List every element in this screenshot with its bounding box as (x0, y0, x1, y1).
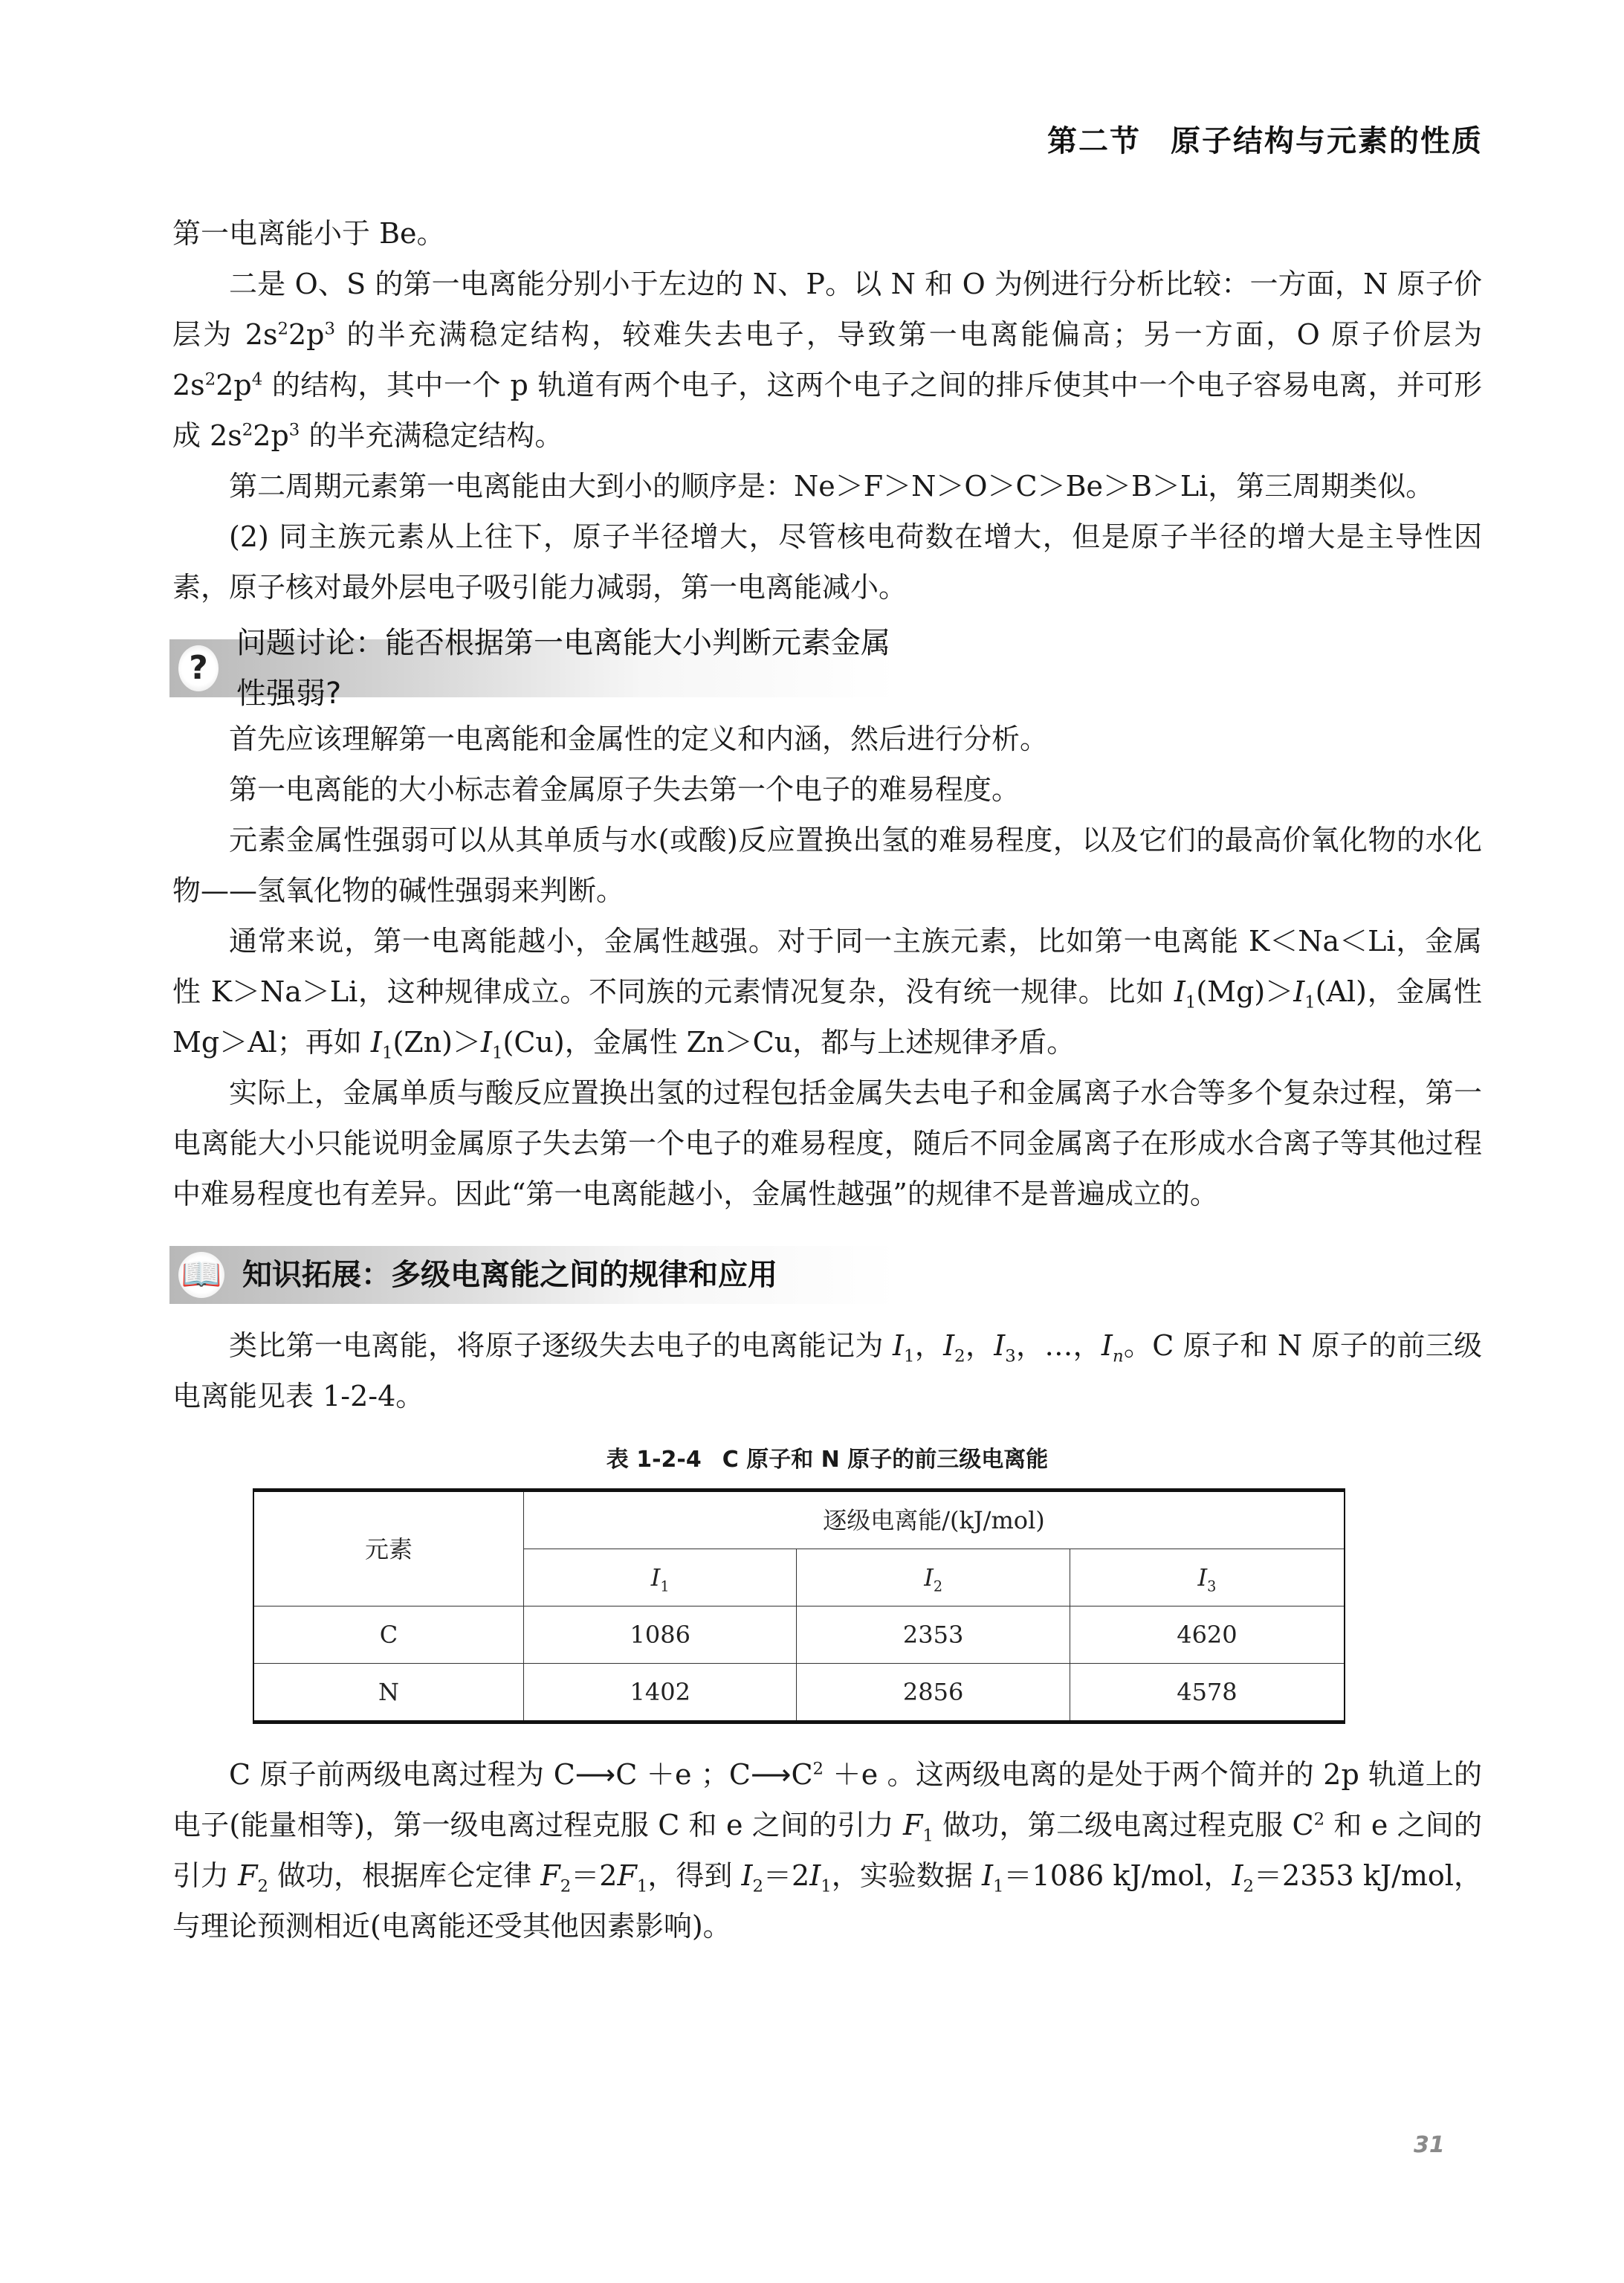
page-body: 第一电离能小于 Be。 二是 O、S 的第一电离能分别小于左边的 N、P。以 N… (172, 208, 1482, 1951)
paragraph-coulomb: C 原子前两级电离过程为 C⟶C ＋e ；C⟶C2 ＋e 。这两级电离的是处于两… (172, 1749, 1482, 1951)
header-I2: I2 (797, 1549, 1070, 1607)
paragraph-ionization-intro: 类比第一电离能，将原子逐级失去电子的电离能记为 I1，I2，I3，…，In。C … (172, 1320, 1482, 1421)
paragraph: 第二周期元素第一电离能由大到小的顺序是：Ne＞F＞N＞O＞C＞Be＞B＞Li，第… (172, 461, 1482, 511)
header-element: 元素 (253, 1491, 524, 1607)
table-row: N 1402 2856 4578 (253, 1664, 1345, 1722)
paragraph: (2) 同主族元素从上往下，原子半径增大，尽管核电荷数在增大，但是原子半径的增大… (172, 511, 1482, 613)
table-row: C 1086 2353 4620 (253, 1607, 1345, 1664)
paragraph: 第一电离能小于 Be。 (172, 208, 1482, 259)
paragraph: 首先应该理解第一电离能和金属性的定义和内涵，然后进行分析。 (172, 714, 1482, 764)
extension-title: 知识拓展：多级电离能之间的规律和应用 (242, 1250, 777, 1300)
header-section: 第二节 (1047, 124, 1141, 158)
page-number: 31 (1414, 2132, 1445, 2158)
paragraph-examples: 通常来说，第一电离能越小，金属性越强。对于同一主族元素，比如第一电离能 K＜Na… (172, 916, 1482, 1068)
running-header: 第二节原子结构与元素的性质 (1047, 117, 1483, 160)
header-I1: I1 (524, 1549, 797, 1607)
header-ionization-energy: 逐级电离能/(kJ/mol) (524, 1491, 1345, 1549)
paragraph-valence: 二是 O、S 的第一电离能分别小于左边的 N、P。以 N 和 O 为例进行分析比… (172, 259, 1482, 461)
reaction-arrow-icon: ⟶ (751, 1758, 791, 1791)
header-I3: I3 (1070, 1549, 1345, 1607)
paragraph: 元素金属性强弱可以从其单质与水(或酸)反应置换出氢的难易程度，以及它们的最高价氧… (172, 815, 1482, 916)
reaction-arrow-icon: ⟶ (575, 1758, 615, 1791)
question-mark-icon: ? (178, 645, 219, 691)
paragraph: 第一电离能的大小标志着金属原子失去第一个电子的难易程度。 (172, 764, 1482, 815)
table-caption: 表 1-2-4C 原子和 N 原子的前三级电离能 (172, 1444, 1482, 1476)
discussion-title: 问题讨论：能否根据第一电离能大小判断元素金属性强弱? (236, 618, 898, 719)
paragraph: 实际上，金属单质与酸反应置换出氢的过程包括金属失去电子和金属离子水合等多个复杂过… (172, 1068, 1482, 1219)
open-book-icon: 📖 (178, 1252, 224, 1298)
header-title: 原子结构与元素的性质 (1171, 124, 1483, 158)
ionization-energy-table: 元素 逐级电离能/(kJ/mol) I1 I2 I3 C 1086 2353 4… (253, 1488, 1345, 1724)
extension-banner: 📖 知识拓展：多级电离能之间的规律和应用 (169, 1246, 898, 1304)
discussion-banner: ? 问题讨论：能否根据第一电离能大小判断元素金属性强弱? (169, 639, 898, 697)
